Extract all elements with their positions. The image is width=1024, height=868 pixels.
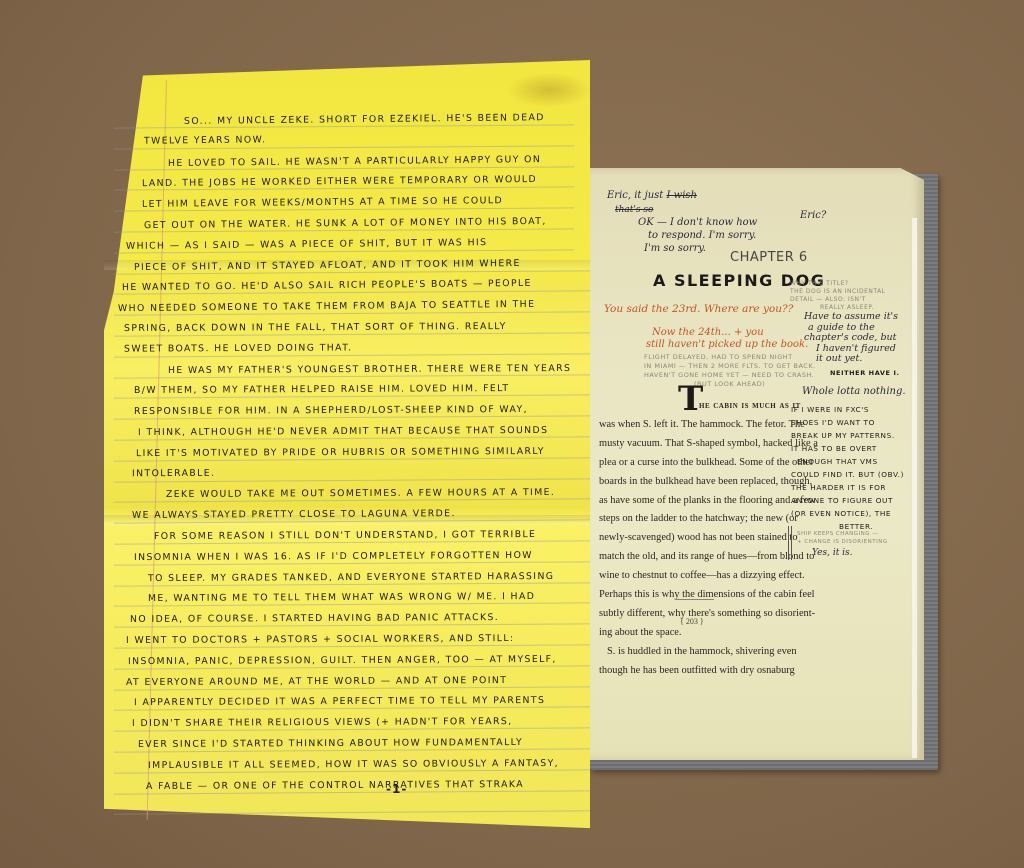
letter-line: at everyone around me, at the world — an…	[126, 675, 507, 688]
letter-line: twelve years now.	[144, 134, 267, 146]
annotation-eric: Eric?	[800, 210, 826, 221]
letter-line: He was my father's youngest brother. The…	[168, 363, 571, 376]
letter-line: spring, back down in the fall, that sort…	[124, 321, 507, 334]
page-edge	[912, 218, 917, 758]
chapter-number: CHAPTER 6	[730, 250, 808, 265]
letter-page-number: -1-	[386, 782, 407, 796]
letter-line: implausible it all seemed, how it was so…	[148, 758, 559, 771]
book-page-number: { 203 }	[680, 617, 704, 626]
letter-line: a fable — or one of the control narrativ…	[146, 779, 524, 792]
legal-pad-letter: So... my uncle Zeke. Short for Ezekiel. …	[104, 60, 590, 832]
letter-line: sweet boats. He loved doing that.	[124, 342, 353, 354]
annotation-orange-where: You said the 23rd. Where are you??	[604, 303, 793, 315]
letter-line: to sleep. My grades tanked, and everyone…	[148, 571, 554, 584]
annotation-yes: Yes, it is.	[812, 548, 853, 558]
letter-line: insomnia, panic, depression, guilt. Then…	[128, 654, 557, 667]
letter-line: I went to doctors + pastors + social wor…	[126, 633, 515, 646]
letter-line: We always stayed pretty close to Laguna …	[132, 508, 456, 521]
letter-line: I think, although he'd never admit that …	[138, 425, 548, 438]
footer-rule	[676, 599, 714, 600]
annotation-whole-lotta: Whole lotta nothing.	[802, 386, 906, 397]
letter-line: For some reason I still don't understand…	[154, 529, 536, 542]
annotation-flight-delayed: FLIGHT DELAYED, HAD TO SPEND NIGHT IN MI…	[644, 353, 816, 389]
annotation-title-note: WHY THIS TITLE? THE DOG IS AN INCIDENTAL…	[790, 280, 886, 312]
letter-line: I didn't share their religious views (+ …	[132, 716, 513, 729]
annotation-struck: Eric, it just I wish	[607, 190, 697, 201]
annotation-neither: NEITHER HAVE I.	[830, 369, 900, 377]
annotation-guide: Have to assume it's a guide to the chapt…	[804, 312, 898, 365]
letter-line: like it's motivated by pride or hubris o…	[136, 446, 545, 459]
annotation-struck-2: that's so	[615, 205, 653, 215]
chapter-body-text: he cabin is much as it was when S. left …	[599, 397, 785, 681]
letter-line: no idea, of course. I started having bad…	[130, 612, 499, 625]
annotation-ship: SHIP KEEPS CHANGING — + CHANGE IS DISORI…	[797, 530, 888, 546]
annotation-orange-24th: Now the 24th... + you still haven't pick…	[646, 327, 808, 351]
margin-mark	[788, 526, 789, 560]
letter-line: ever since I'd started thinking about ho…	[138, 737, 523, 750]
letter-line: insomnia when I was 16. As if I'd comple…	[134, 550, 533, 563]
letter-line: responsible for him. In a shepherd/lost-…	[134, 404, 528, 417]
letter-line: intolerable.	[132, 467, 215, 478]
margin-mark	[791, 526, 792, 560]
annotation-patterns: IF I WERE IN FXC'S SHOES I'D WANT TO BRE…	[791, 403, 904, 533]
